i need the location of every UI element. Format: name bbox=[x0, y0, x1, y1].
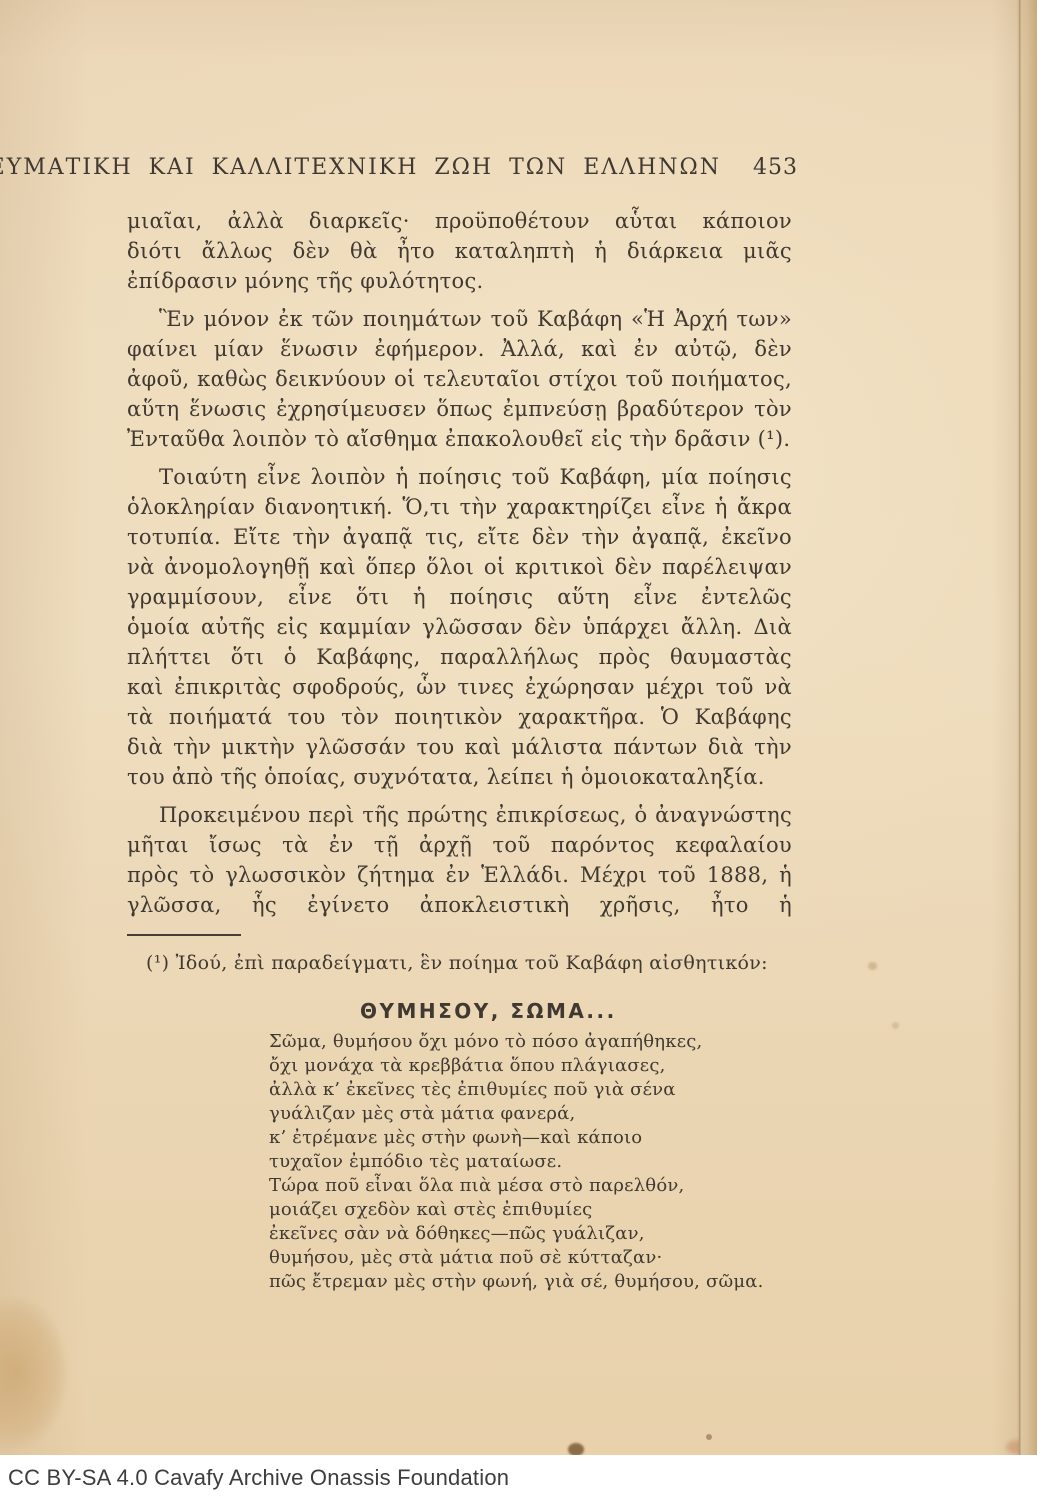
text-line: μῆται ἴσως τὰ ἐν τῇ ἀρχῇ τοῦ παρόντος κε… bbox=[127, 830, 792, 860]
body-paragraph: Τοιαύτη εἶνε λοιπὸν ἡ ποίησις τοῦ Καβάφη… bbox=[127, 462, 792, 792]
text-line: νὰ ἀνομολογηθῇ καὶ ὅπερ ὅλοι οἱ κριτικοὶ… bbox=[127, 552, 792, 582]
poem-line: Τώρα ποῦ εἶναι ὅλα πιὰ μέσα στὸ παρελθόν… bbox=[269, 1174, 829, 1198]
text-line: πλήττει ὅτι ὁ Καβάφης, παραλλήλως πρὸς θ… bbox=[127, 642, 792, 672]
text-line: γραμμίσουν, εἶνε ὅτι ἡ ποίησις αὕτη εἶνε… bbox=[127, 582, 792, 612]
text-line: ἀφοῦ, καθὼς δεικνύουν οἱ τελευταῖοι στίχ… bbox=[127, 364, 792, 394]
text-line: ὁλοκληρίαν διανοητική. Ὅ,τι τὴν χαρακτηρ… bbox=[127, 492, 792, 522]
text-line: πρὸς τὸ γλωσσικὸν ζήτημα ἐν Ἑλλάδι. Μέχρ… bbox=[127, 860, 792, 890]
text-line: ἐπίδρασιν μόνης τῆς φυλότητος. bbox=[127, 266, 792, 296]
text-line: ὁμοία αὐτῆς εἰς καμμίαν γλῶσσαν δὲν ὑπάρ… bbox=[127, 612, 792, 642]
text-line: Προκειμένου περὶ τῆς πρώτης ἐπικρίσεως, … bbox=[127, 800, 792, 830]
text-line: του ἀπὸ τῆς ὁποίας, συχνότατα, λείπει ἡ … bbox=[127, 762, 792, 792]
poem-line: τυχαῖον ἐμπόδιο τὲς ματαίωσε. bbox=[269, 1150, 829, 1174]
poem-line: Σῶμα, θυμήσου ὄχι μόνο τὸ πόσο ἀγαπήθηκε… bbox=[269, 1030, 829, 1054]
text-line: διὰ τὴν μικτὴν γλῶσσάν του καὶ μάλιστα π… bbox=[127, 732, 792, 762]
poem-line: μοιάζει σχεδὸν καὶ στὲς ἐπιθυμίες bbox=[269, 1198, 829, 1222]
body-paragraph: μιαῖαι, ἀλλὰ διαρκεῖς· προϋποθέτουν αὗτα… bbox=[127, 206, 792, 296]
footnote-divider bbox=[127, 934, 241, 936]
paper-stain bbox=[868, 962, 877, 970]
text-line: τὰ ποιήματά του τὸν ποιητικὸν χαρακτῆρα.… bbox=[127, 702, 792, 732]
poem-line: πῶς ἔτρεμαν μὲς στὴν φωνή, γιὰ σέ, θυμήσ… bbox=[269, 1270, 829, 1294]
body-text: μιαῖαι, ἀλλὰ διαρκεῖς· προϋποθέτουν αὗτα… bbox=[127, 206, 792, 928]
poem-line: θυμήσου, μὲς στὰ μάτια ποῦ σὲ κύτταζαν· bbox=[269, 1246, 829, 1270]
attribution-bar: CC BY-SA 4.0 Cavafy Archive Onassis Foun… bbox=[0, 1455, 1037, 1501]
poem-title: ΘΥΜΗΣΟΥ, ΣΩΜΑ... bbox=[360, 999, 617, 1023]
text-line: γλῶσσα, ἧς ἐγίνετο ἀποκλειστικὴ χρῆσις, … bbox=[127, 890, 792, 920]
text-line: φαίνει μίαν ἕνωσιν ἐφήμερον. Ἀλλά, καὶ ἐ… bbox=[127, 334, 792, 364]
text-line: μιαῖαι, ἀλλὰ διαρκεῖς· προϋποθέτουν αὗτα… bbox=[127, 206, 792, 236]
poem-line: ὄχι μονάχα τὰ κρεββάτια ὅπου πλάγιασες, bbox=[269, 1054, 829, 1078]
footnote-intro: (¹) Ἰδού, ἐπὶ παραδείγματι, ἓν ποίημα το… bbox=[146, 950, 792, 976]
poem-line: γυάλιζαν μὲς στὰ μάτια φανερά, bbox=[269, 1102, 829, 1126]
text-line: Ἐνταῦθα λοιπὸν τὸ αἴσθημα ἐπακολουθεῖ εἰ… bbox=[127, 424, 792, 454]
license-text: CC BY-SA 4.0 Cavafy Archive Onassis Foun… bbox=[8, 1465, 509, 1491]
text-line: Ἓν μόνον ἐκ τῶν ποιημάτων τοῦ Καβάφη «Ἡ … bbox=[127, 304, 792, 334]
text-line: τοτυπία. Εἴτε τὴν ἀγαπᾷ τις, εἴτε δὲν τὴ… bbox=[127, 522, 792, 552]
poem-line: ἐκεῖνες σὰν νὰ δόθηκες—πῶς γυάλιζαν, bbox=[269, 1222, 829, 1246]
text-line: καὶ ἐπικριτὰς σφοδρούς, ὧν τινες ἐχώρησα… bbox=[127, 672, 792, 702]
poem: Σῶμα, θυμήσου ὄχι μόνο τὸ πόσο ἀγαπήθηκε… bbox=[269, 1030, 829, 1294]
poem-line: κ’ ἐτρέμανε μὲς στὴν φωνὴ—καὶ κάποιο bbox=[269, 1126, 829, 1150]
page-edge-shadow bbox=[991, 0, 1037, 1455]
paper-stain bbox=[706, 1434, 712, 1440]
text-line: Τοιαύτη εἶνε λοιπὸν ἡ ποίησις τοῦ Καβάφη… bbox=[127, 462, 792, 492]
poem-line: ἀλλὰ κ’ ἐκεῖνες τὲς ἐπιθυμίες ποῦ γιὰ σέ… bbox=[269, 1078, 829, 1102]
text-line: διότι ἄλλως δὲν θὰ ἦτο καταληπτὴ ἡ διάρκ… bbox=[127, 236, 792, 266]
page-number: 453 bbox=[753, 155, 798, 180]
text-line: αὕτη ἕνωσις ἐχρησίμευσεν ὅπως ἐμπνεύσῃ β… bbox=[127, 394, 792, 424]
body-paragraph: Ἓν μόνον ἐκ τῶν ποιημάτων τοῦ Καβάφη «Ἡ … bbox=[127, 304, 792, 454]
running-header: Η ΠΝΕΥΜΑΤΙΚΗ ΚΑΙ ΚΑΛΛΙΤΕΧΝΙΚΗ ΖΩΗ ΤΩΝ ΕΛ… bbox=[127, 155, 798, 180]
body-paragraph: Προκειμένου περὶ τῆς πρώτης ἐπικρίσεως, … bbox=[127, 800, 792, 920]
paper-stain bbox=[0, 1298, 67, 1448]
paper-stain bbox=[892, 1022, 899, 1029]
running-header-title: Η ΠΝΕΥΜΑΤΙΚΗ ΚΑΙ ΚΑΛΛΙΤΕΧΝΙΚΗ ΖΩΗ ΤΩΝ ΕΛ… bbox=[0, 155, 721, 180]
